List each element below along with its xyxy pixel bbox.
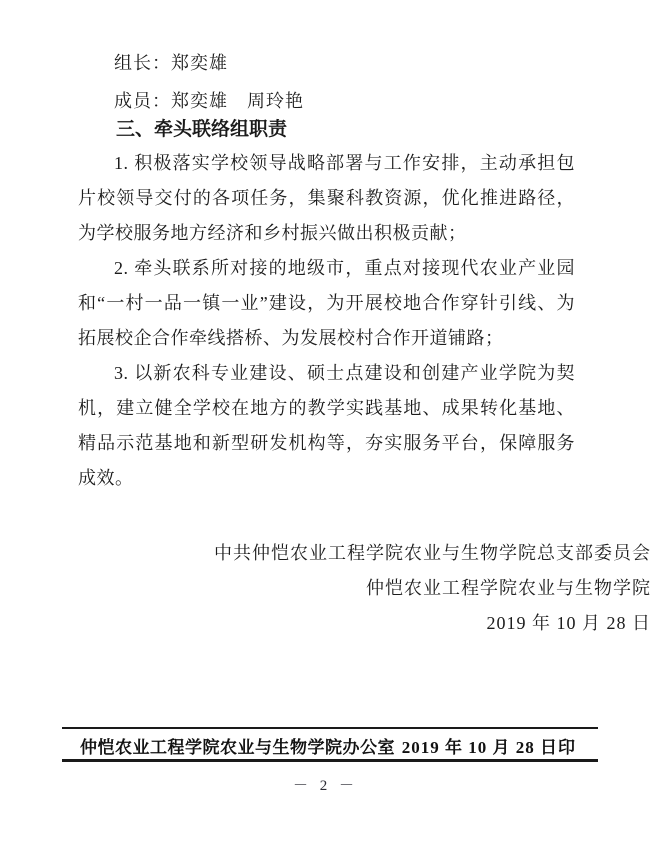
paragraph-2: 2. 牵头联系所对接的地级市，重点对接现代农业产业园和“一村一品一镇一业”建设，…	[78, 251, 575, 356]
footer-bar: 仲恺农业工程学院农业与生物学院办公室 2019 年 10 月 28 日印	[80, 733, 576, 757]
leader-name: 郑奕雄	[171, 53, 228, 73]
signature-college: 仲恺农业工程学院农业与生物学院	[0, 571, 651, 606]
section-heading: 三、牵头联络组职责	[78, 112, 575, 147]
members-label: 成员：	[114, 91, 171, 111]
roster-section: 组长：郑奕雄 成员：郑奕雄 周玲艳	[78, 44, 575, 120]
members-names: 郑奕雄 周玲艳	[171, 91, 304, 111]
footer-print-date: 2019 年 10 月 28 日印	[402, 733, 576, 758]
signature-date: 2019 年 10 月 28 日	[0, 606, 651, 641]
leader-label: 组长：	[114, 53, 171, 73]
section-body: 1. 积极落实学校领导战略部署与工作安排，主动承担包片校领导交付的各项任务，集聚…	[78, 146, 575, 496]
paragraph-3: 3. 以新农科专业建设、硕士点建设和创建产业学院为契机，建立健全学校在地方的教学…	[78, 356, 575, 496]
footer-bottom-rule	[62, 759, 598, 762]
leader-line: 组长：郑奕雄	[78, 44, 575, 82]
document-page: 组长：郑奕雄 成员：郑奕雄 周玲艳 三、牵头联络组职责 1. 积极落实学校领导战…	[0, 0, 651, 847]
signature-block: 中共仲恺农业工程学院农业与生物学院总支部委员会 仲恺农业工程学院农业与生物学院 …	[0, 536, 651, 641]
page-number: － 2 －	[0, 774, 651, 795]
paragraph-1: 1. 积极落实学校领导战略部署与工作安排，主动承担包片校领导交付的各项任务，集聚…	[78, 146, 575, 251]
signature-committee: 中共仲恺农业工程学院农业与生物学院总支部委员会	[0, 536, 651, 571]
footer-top-rule	[62, 727, 598, 729]
footer-office: 仲恺农业工程学院农业与生物学院办公室	[80, 733, 395, 758]
